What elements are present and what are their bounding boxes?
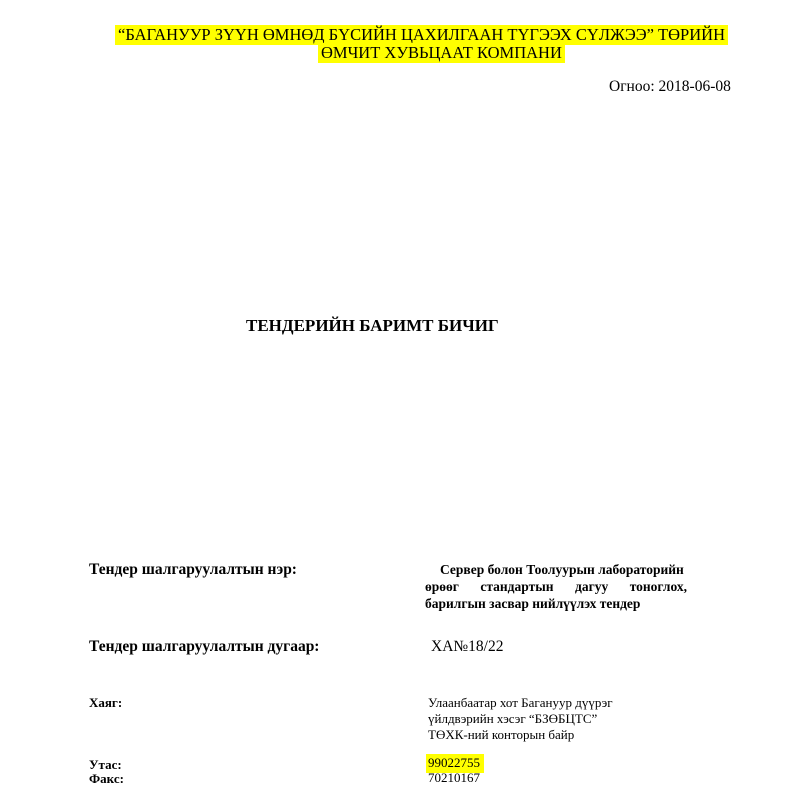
document-title: ТЕНДЕРИЙН БАРИМТ БИЧИГ [246,316,499,336]
tender-name-line: барилгын засвар нийлүүлэх тендер [425,595,687,612]
tender-name-line: Сервер болон Тоолуурын лабораторийн [425,561,687,578]
address-line: ТӨХК-ний конторын байр [428,727,574,743]
address-line: Улаанбаатар хот Багануур дүүрэг [428,695,613,711]
fax-label: Факс: [89,771,124,787]
address-label: Хаяг: [89,695,122,711]
tender-name-value: Сервер болон Тоолуурын лабораторийн өрөө… [425,561,687,612]
document-date: Огноо: 2018-06-08 [609,78,731,96]
organization-name-line1: “БАГАНУУР ЗҮҮН ӨМНӨД БҮСИЙН ЦАХИЛГААН ТҮ… [115,25,728,45]
tender-name-line: өрөөг стандартын дагуу тоноглох, [425,578,687,595]
tender-number-label: Тендер шалгаруулалтын дугаар: [89,638,319,656]
address-line: үйлдвэрийн хэсэг “БЗӨБЦТС” [428,711,597,727]
fax-value: 70210167 [428,770,480,786]
organization-name-line2: ӨМЧИТ ХУВЬЦААТ КОМПАНИ [318,43,565,63]
tender-name-label: Тендер шалгаруулалтын нэр: [89,561,297,579]
tender-number-value: ХА№18/22 [431,638,503,656]
